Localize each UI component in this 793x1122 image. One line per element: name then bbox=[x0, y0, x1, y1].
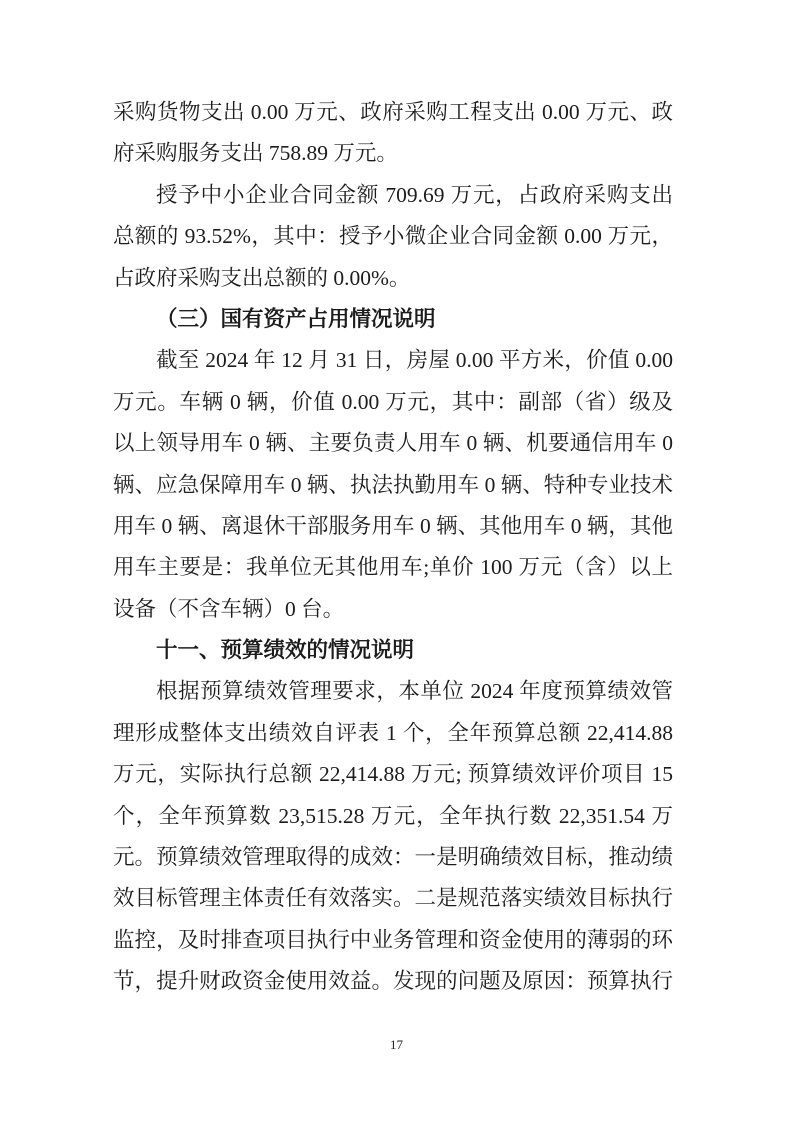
text-line: 监控，及时排查项目执行中业务管理和资金使用的薄弱的环 bbox=[113, 920, 673, 961]
text-line: 辆、应急保障用车 0 辆、执法执勤用车 0 辆、特种专业技术 bbox=[113, 465, 673, 506]
text-line: 节，提升财政资金使用效益。发现的问题及原因：预算执行 bbox=[113, 961, 673, 1002]
text-line: 元。预算绩效管理取得的成效：一是明确绩效目标，推动绩 bbox=[113, 837, 673, 878]
text-line: 万元，实际执行总额 22,414.88 万元; 预算绩效评价项目 15 bbox=[113, 754, 673, 795]
text-line: 用车主要是：我单位无其他用车;单价 100 万元（含）以上 bbox=[113, 547, 673, 588]
page-number: 17 bbox=[0, 1036, 793, 1054]
text-line: 理形成整体支出绩效自评表 1 个，全年预算总额 22,414.88 bbox=[113, 713, 673, 754]
text-line: 以上领导用车 0 辆、主要负责人用车 0 辆、机要通信用车 0 bbox=[113, 423, 673, 464]
text-line: 授予中小企业合同金额 709.69 万元，占政府采购支出 bbox=[113, 175, 673, 216]
text-line: 用车 0 辆、离退休干部服务用车 0 辆、其他用车 0 辆，其他 bbox=[113, 506, 673, 547]
text-line: 设备（不含车辆）0 台。 bbox=[113, 589, 673, 630]
text-line: 府采购服务支出 758.89 万元。 bbox=[113, 133, 673, 174]
text-line: 截至 2024 年 12 月 31 日，房屋 0.00 平方米，价值 0.00 bbox=[113, 340, 673, 381]
text-line: 采购货物支出 0.00 万元、政府采购工程支出 0.00 万元、政 bbox=[113, 92, 673, 133]
text-line: 个，全年预算数 23,515.28 万元，全年执行数 22,351.54 万 bbox=[113, 796, 673, 837]
section-heading: 十一、预算绩效的情况说明 bbox=[113, 630, 673, 671]
document-body: 采购货物支出 0.00 万元、政府采购工程支出 0.00 万元、政 府采购服务支… bbox=[113, 92, 673, 1003]
section-heading: （三）国有资产占用情况说明 bbox=[113, 299, 673, 340]
text-line: 总额的 93.52%，其中：授予小微企业合同金额 0.00 万元， bbox=[113, 216, 673, 257]
text-line: 根据预算绩效管理要求，本单位 2024 年度预算绩效管 bbox=[113, 671, 673, 712]
text-line: 万元。车辆 0 辆，价值 0.00 万元，其中：副部（省）级及 bbox=[113, 382, 673, 423]
document-page: 采购货物支出 0.00 万元、政府采购工程支出 0.00 万元、政 府采购服务支… bbox=[0, 0, 793, 1122]
text-line: 效目标管理主体责任有效落实。二是规范落实绩效目标执行 bbox=[113, 878, 673, 919]
text-line: 占政府采购支出总额的 0.00%。 bbox=[113, 258, 673, 299]
